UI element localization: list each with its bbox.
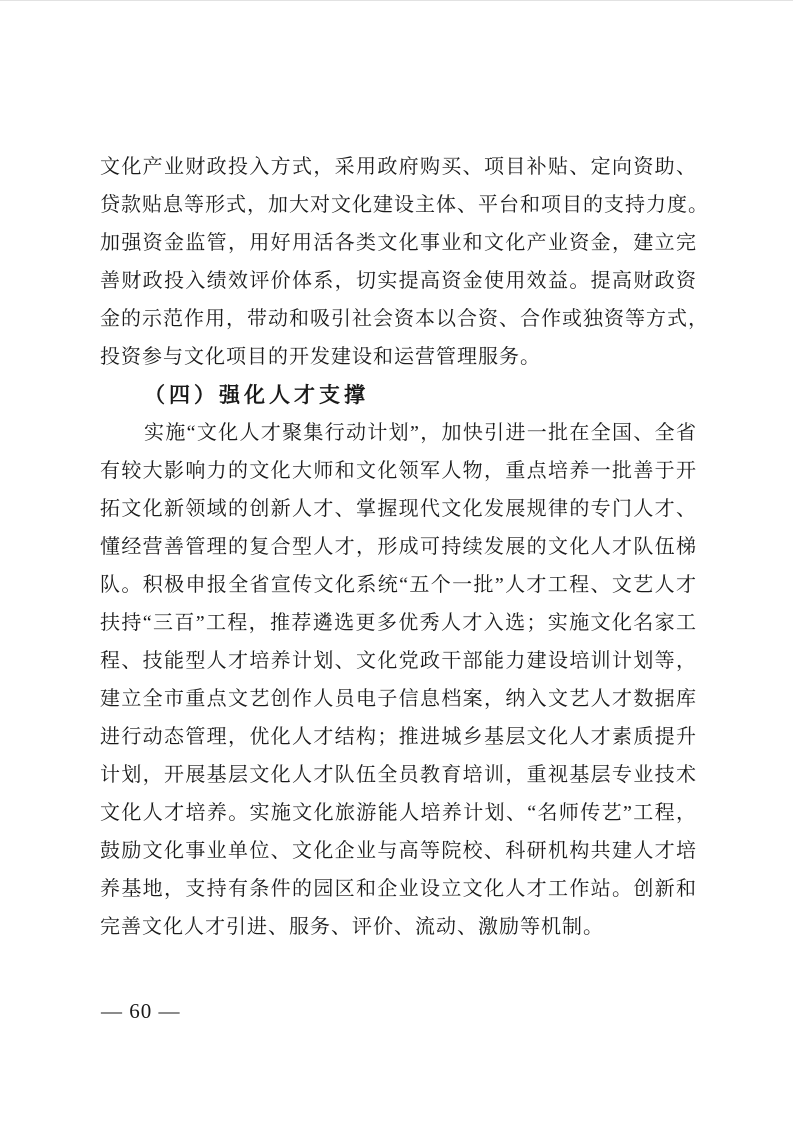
text-line: 建立全市重点文艺创作人员电子信息档案，纳入文艺人才数据库 (100, 680, 697, 718)
text-line: 完善文化人才引进、服务、评价、流动、激励等机制。 (100, 908, 697, 946)
text-line: 计划，开展基层文化人才队伍全员教育培训，重视基层专业技术 (100, 756, 697, 794)
text-line: 养基地，支持有条件的园区和企业设立文化人才工作站。创新和 (100, 870, 697, 908)
text-line: 扶持“三百”工程，推荐遴选更多优秀人才入选；实施文化名家工 (100, 604, 697, 642)
text-line: 文化产业财政投入方式，采用政府购买、项目补贴、定向资助、 (100, 148, 697, 186)
text-line: 鼓励文化事业单位、文化企业与高等院校、科研机构共建人才培 (100, 832, 697, 870)
text-line: 拓文化新领域的创新人才、掌握现代文化发展规律的专门人才、 (100, 490, 697, 528)
text-line: 进行动态管理，优化人才结构；推进城乡基层文化人才素质提升 (100, 718, 697, 756)
text-line: 加强资金监管，用好用活各类文化事业和文化产业资金，建立完 (100, 224, 697, 262)
text-line: 懂经营善管理的复合型人才，形成可持续发展的文化人才队伍梯 (100, 528, 697, 566)
text-line: 队。积极申报全省宣传文化系统“五个一批”人才工程、文艺人才 (100, 566, 697, 604)
document-body: 文化产业财政投入方式，采用政府购买、项目补贴、定向资助、贷款贴息等形式，加大对文… (100, 148, 697, 946)
document-page: 文化产业财政投入方式，采用政府购买、项目补贴、定向资助、贷款贴息等形式，加大对文… (0, 0, 793, 1122)
text-line: 贷款贴息等形式，加大对文化建设主体、平台和项目的支持力度。 (100, 186, 697, 224)
text-line: 金的示范作用，带动和吸引社会资本以合资、合作或独资等方式， (100, 300, 697, 338)
section-heading: （四）强化人才支撑 (100, 376, 697, 414)
text-line: 文化人才培养。实施文化旅游能人培养计划、“名师传艺”工程， (100, 794, 697, 832)
text-line: 有较大影响力的文化大师和文化领军人物，重点培养一批善于开 (100, 452, 697, 490)
page-number: — 60 — (101, 999, 181, 1024)
text-line: 程、技能型人才培养计划、文化党政干部能力建设培训计划等， (100, 642, 697, 680)
text-line: 善财政投入绩效评价体系，切实提高资金使用效益。提高财政资 (100, 262, 697, 300)
text-line: 实施“文化人才聚集行动计划”，加快引进一批在全国、全省 (100, 414, 697, 452)
text-line: 投资参与文化项目的开发建设和运营管理服务。 (100, 338, 697, 376)
